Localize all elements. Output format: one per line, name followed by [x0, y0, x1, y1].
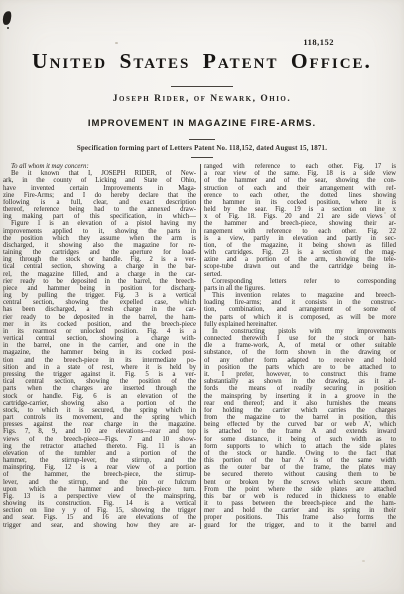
ink-speck	[362, 560, 365, 562]
text-line: in its rearmost or unlocked position. Fi…	[3, 328, 196, 335]
text-line: elevation of the tumbler and a portion o…	[3, 450, 196, 457]
text-line: proper positions. This frame also forms …	[204, 514, 396, 521]
text-line: Figure 1 is an elevation of a pistol hav…	[3, 220, 196, 227]
text-line: ing by pulling the trigger. Fig. 3 is a …	[3, 292, 196, 299]
text-line: being effected by the curved bar or web …	[204, 421, 396, 428]
text-line: upon which the hammer and breech-piece t…	[3, 486, 196, 493]
text-line: erence to each other, the dotted lines s…	[204, 192, 396, 199]
text-line: improvements applied to it, showing the …	[3, 228, 196, 235]
text-line: rier ready to be deposited in the barrel…	[3, 314, 196, 321]
text-line: scope-tube drawn out and the cartridge b…	[204, 263, 396, 270]
text-line: parts when the charges are inserted thro…	[3, 385, 196, 392]
text-line: ing through the stock or handle. Fig. 2 …	[3, 256, 196, 263]
page-title: United States Patent Office.	[0, 49, 404, 73]
text-line: Be it known that I, JOSEPH RIDER, of New…	[3, 170, 196, 177]
text-line: ing the retractor attached thereto. Fig.…	[3, 443, 196, 450]
text-line: In constructing pistols with my improvem…	[204, 328, 396, 335]
text-line: ranged with reference to each other. Fig…	[204, 163, 396, 170]
text-line: hammer, the stirrup-lever, the stirrup, …	[3, 457, 196, 464]
text-line: this portion of the bar A' is of the sam…	[204, 457, 396, 464]
text-line: azine and a portion of the arm, showing …	[204, 256, 396, 263]
text-line: piece and hammer being in position for d…	[3, 285, 196, 292]
text-line: with cartridges. Fig. 23 is a section of…	[204, 249, 396, 256]
text-line: magazine, the hammer being in its cocked…	[3, 349, 196, 356]
text-line: ark, in the county of Licking and State …	[3, 177, 196, 184]
text-line: mer and hold the carrier and its spring …	[204, 507, 396, 514]
text-line: a rear view of the same. Fig. 18 is a si…	[204, 170, 396, 177]
text-line: To all whom it may concern:	[3, 163, 196, 170]
text-line: rear end thereof; and it also furnishes …	[204, 400, 396, 407]
ink-speck	[115, 42, 118, 44]
text-line: tical central section, showing a charge …	[3, 263, 196, 270]
text-line: taining the cartridges and the aperture …	[3, 249, 196, 256]
text-line: Corresponding letters refer to correspon…	[204, 278, 396, 285]
text-line: tical central section, showing the posit…	[3, 378, 196, 385]
text-line: the hammer and breech-piece, showing the…	[204, 220, 396, 227]
text-line: for holding the carrier which carries th…	[204, 407, 396, 414]
text-line: discharged, it showing also the magazine…	[3, 242, 196, 249]
text-line: in position the parts which are to be at…	[204, 364, 396, 371]
text-line: guard for the trigger, and to it the bar…	[204, 522, 396, 529]
text-line: substantially as shown in the drawing, a…	[204, 378, 396, 385]
text-line: zine Fire-Arms; and I do hereby declare …	[3, 192, 196, 199]
patent-document-page: 118,152 United States Patent Office. Jos…	[0, 0, 404, 594]
text-line: Fig. 13 is a perspective view of the mai…	[3, 493, 196, 500]
text-line: of the hammer and of the sear, showing t…	[204, 177, 396, 184]
text-line: be secured thereto without causing them …	[204, 471, 396, 478]
text-line: Figs. 7, 8, 9, and 10 are elevations—rea…	[3, 428, 196, 435]
text-line: vertical central section, showing a char…	[3, 335, 196, 342]
text-line: central section, showing the expelled ca…	[3, 299, 196, 306]
text-line: x of Fig. 18. Figs. 20 and 21 are side v…	[204, 213, 396, 220]
text-line: views of the breech-piece—Figs. 7 and 10…	[3, 436, 196, 443]
text-line: mer in its cocked position, and the bree…	[3, 321, 196, 328]
text-line: substance, of the form shown in the draw…	[204, 349, 396, 356]
text-line: as the outer bar of the frame, the plate…	[204, 464, 396, 471]
column-divider-rule	[200, 164, 201, 529]
text-line: and sear. Figs. 15 and 16 are elevations…	[3, 514, 196, 521]
text-line: of any other form adapted to receive and…	[204, 357, 396, 364]
text-line: showing its construction. Fig. 14 is a v…	[3, 500, 196, 507]
text-line: the parts of which it is composed, as wi…	[204, 314, 396, 321]
text-line: This invention relates to magazine and b…	[204, 292, 396, 299]
text-line: is a view, partly in elevation and partl…	[204, 235, 396, 242]
text-line: tion, of the magazine, it being shown as…	[204, 242, 396, 249]
invention-title: IMPROVEMENT IN MAGAZINE FIRE-ARMS.	[0, 118, 404, 129]
text-line: lever, and the stirrup, and the pin or f…	[3, 479, 196, 486]
text-line: has been discharged, a fresh charge in t…	[3, 306, 196, 313]
ink-blot	[2, 10, 13, 25]
specification-line: Specification forming part of Letters Pa…	[0, 145, 404, 152]
text-line: form supports to which to attach the sid…	[204, 443, 396, 450]
text-line: it to pass between the breech-piece and …	[204, 500, 396, 507]
text-line: tion and the breech-piece in its interme…	[3, 357, 196, 364]
text-line: of the stock or handle. Owing to the fac…	[204, 450, 396, 457]
text-line: held by the sear. Fig. 19 is a section o…	[204, 206, 396, 213]
text-line: sition and in a state of rest, where it …	[3, 364, 196, 371]
text-line: bent or broken by the screws which secur…	[204, 479, 396, 486]
text-line: this bar or web is reduced in thickness …	[204, 493, 396, 500]
patent-number: 118,152	[303, 37, 334, 47]
text-line: is attached to the frame A and extends i…	[204, 428, 396, 435]
text-line: presses against the rear charge in the m…	[3, 421, 196, 428]
text-line: ing making part of this specification, i…	[3, 213, 196, 220]
header-rule	[171, 86, 233, 87]
text-line: it. I prefer, however, to construct this…	[204, 371, 396, 378]
text-line: have invented certain Improvements in Ma…	[3, 185, 196, 192]
text-line: mainspring. Fig. 12 is a rear view of a …	[3, 464, 196, 471]
text-line: From the point where the side plates are…	[204, 486, 396, 493]
text-line: stock, to which it is secured, the sprin…	[3, 407, 196, 414]
text-line: fords the means of readily securing in p…	[204, 385, 396, 392]
text-line: thereof, reference being had to the anne…	[3, 206, 196, 213]
text-line: the mainspring by inserting it in a groo…	[204, 393, 396, 400]
text-line: for some distance, it being of such widt…	[204, 436, 396, 443]
text-line: rangement with reference to each other. …	[204, 228, 396, 235]
text-line: connected therewith I use for the stock …	[204, 335, 396, 342]
text-line: of the hammer, the breech-piece, the sti…	[3, 471, 196, 478]
text-line: cartridge-carrier, showing also a portio…	[3, 400, 196, 407]
title-rule	[189, 139, 215, 140]
text-line: struction of each and their arrangement …	[204, 185, 396, 192]
text-line: trigger and sear, and showing how they a…	[3, 522, 196, 529]
left-column: To all whom it may concern:Be it known t…	[3, 163, 196, 529]
text-line: from the magazine to the barrel in posit…	[204, 414, 396, 421]
right-column: ranged with reference to each other. Fig…	[204, 163, 396, 529]
text-line: pressing the trigger against it. Fig. 5 …	[3, 371, 196, 378]
text-line: rier ready to be deposited in the barrel…	[3, 278, 196, 285]
specification-rule	[191, 157, 213, 158]
text-line: dle a frame-work, A, of metal or other s…	[204, 342, 396, 349]
ink-speck	[7, 27, 9, 29]
text-line: serted.	[204, 271, 396, 278]
text-line: the position which they assume when the …	[3, 235, 196, 242]
text-line: following is a full, clear, and exact de…	[3, 199, 196, 206]
text-line: section on line y y of Fig. 15, showing …	[3, 507, 196, 514]
text-line: part controls its movement, and the spri…	[3, 414, 196, 421]
text-line: in the barrel, one in the carrier, and o…	[3, 342, 196, 349]
text-line: tion, combination, and arrangement of so…	[204, 306, 396, 313]
text-line: fully explained hereinafter.	[204, 321, 396, 328]
text-line: the hammer in its cocked position, where…	[204, 199, 396, 206]
two-column-text-block: To all whom it may concern:Be it known t…	[3, 163, 396, 529]
inventor-line: Joseph Rider, of Newark, Ohio.	[0, 94, 404, 104]
text-line: loading fire-arms; and it consists in th…	[204, 299, 396, 306]
text-line: parts in all the figures.	[204, 285, 396, 292]
text-line: rel, the magazine filled, and a charge i…	[3, 271, 196, 278]
text-line: stock or handle. Fig. 6 is an elevation …	[3, 393, 196, 400]
